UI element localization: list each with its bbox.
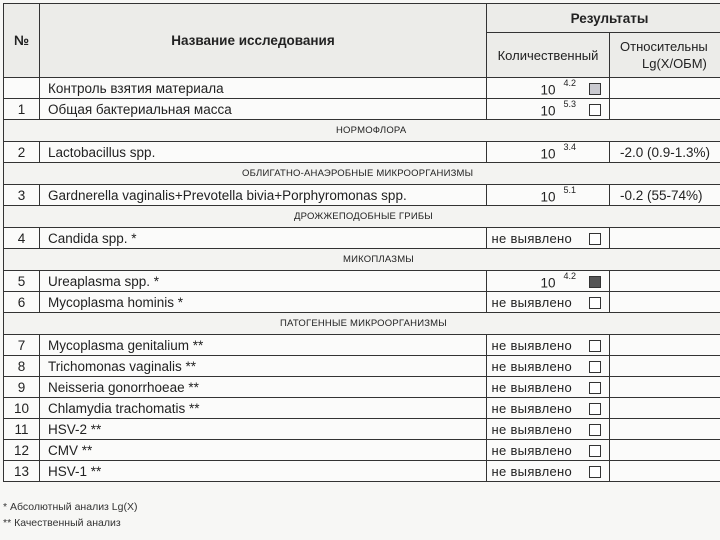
quantitative-cell: не выявлено	[487, 398, 610, 419]
quantitative-cell: не выявлено	[487, 228, 610, 249]
quantitative-cell: не выявлено	[487, 292, 610, 313]
table-row: 9Neisseria gonorrhoeae **не выявлено	[4, 377, 720, 398]
quantitative-cell: не выявлено	[487, 419, 610, 440]
row-number: 4	[4, 228, 40, 249]
quantitative-text: не выявлено	[492, 231, 572, 246]
quantitative-cell: 104.2	[487, 78, 610, 99]
result-checkbox[interactable]	[589, 382, 601, 394]
test-name: Candida spp. *	[40, 228, 487, 249]
quantitative-text: не выявлено	[492, 359, 572, 374]
relative-value	[610, 228, 720, 249]
column-header-results: Результаты	[487, 4, 720, 33]
exponent: 5.1	[563, 185, 576, 195]
quantitative-cell: не выявлено	[487, 335, 610, 356]
test-name: Neisseria gonorrhoeae **	[40, 377, 487, 398]
column-header-name: Название исследования	[40, 4, 487, 78]
result-checkbox[interactable]	[589, 297, 601, 309]
test-name: CMV **	[40, 440, 487, 461]
quantitative-text: не выявлено	[492, 443, 572, 458]
result-checkbox[interactable]	[589, 424, 601, 436]
quantitative-text: не выявлено	[492, 422, 572, 437]
table-row: 3Gardnerella vaginalis+Prevotella bivia+…	[4, 185, 720, 206]
section-label: ОБЛИГАТНО-АНАЭРОБНЫЕ МИКРООРГАНИЗМЫ	[242, 168, 473, 179]
quantitative-cell: не выявлено	[487, 461, 610, 482]
section-header: НОРМОФЛОРА	[4, 120, 720, 142]
relative-value	[610, 335, 720, 356]
row-number: 13	[4, 461, 40, 482]
quantitative-value: 104.2	[540, 274, 576, 291]
relative-value	[610, 78, 720, 99]
table-row: 6Mycoplasma hominis *не выявлено	[4, 292, 720, 313]
test-name: Mycoplasma genitalium **	[40, 335, 487, 356]
table-row: Контроль взятия материала104.2	[4, 78, 720, 99]
result-checkbox[interactable]	[589, 340, 601, 352]
table-row: 5Ureaplasma spp. *104.2	[4, 271, 720, 292]
table-row: 4Candida spp. *не выявлено	[4, 228, 720, 249]
section-label: ДРОЖЖЕПОДОБНЫЕ ГРИБЫ	[294, 211, 433, 222]
result-checkbox[interactable]	[589, 233, 601, 245]
section-header: ОБЛИГАТНО-АНАЭРОБНЫЕ МИКРООРГАНИЗМЫ	[4, 163, 720, 185]
quantitative-text: не выявлено	[492, 338, 572, 353]
table-row: 8Trichomonas vaginalis **не выявлено	[4, 356, 720, 377]
relative-value	[610, 292, 720, 313]
quantitative-value: 103.4	[540, 145, 576, 162]
quantitative-cell: 105.3	[487, 99, 610, 120]
result-checkbox[interactable]	[589, 276, 601, 288]
test-name: Gardnerella vaginalis+Prevotella bivia+P…	[40, 185, 487, 206]
row-number: 2	[4, 142, 40, 163]
relative-value	[610, 461, 720, 482]
test-name: Mycoplasma hominis *	[40, 292, 487, 313]
quantitative-cell: 104.2	[487, 271, 610, 292]
row-number: 12	[4, 440, 40, 461]
test-name: HSV-1 **	[40, 461, 487, 482]
column-header-relative: Относительны Lg(X/ОБМ)	[610, 33, 720, 78]
row-number: 11	[4, 419, 40, 440]
quantitative-cell: не выявлено	[487, 440, 610, 461]
table-row: 11HSV-2 **не выявлено	[4, 419, 720, 440]
quantitative-value: 105.3	[540, 102, 576, 119]
quantitative-cell: 103.4	[487, 142, 610, 163]
table-row: 7Mycoplasma genitalium **не выявлено	[4, 335, 720, 356]
result-checkbox[interactable]	[589, 361, 601, 373]
test-name: HSV-2 **	[40, 419, 487, 440]
footnote-qualitative: ** Качественный анализ	[3, 517, 121, 529]
quantitative-cell: не выявлено	[487, 356, 610, 377]
exponent: 4.2	[563, 78, 576, 88]
row-number: 7	[4, 335, 40, 356]
relative-value	[610, 99, 720, 120]
relative-value	[610, 440, 720, 461]
row-number: 5	[4, 271, 40, 292]
table-row: 1Общая бактериальная масса105.3	[4, 99, 720, 120]
quantitative-text: не выявлено	[492, 401, 572, 416]
test-name: Ureaplasma spp. *	[40, 271, 487, 292]
exponent: 4.2	[563, 271, 576, 281]
results-table: № Название исследования Результаты Колич…	[3, 3, 720, 482]
table-row: 13HSV-1 **не выявлено	[4, 461, 720, 482]
relative-value: -2.0 (0.9-1.3%)	[610, 142, 720, 163]
test-name: Trichomonas vaginalis **	[40, 356, 487, 377]
row-number: 1	[4, 99, 40, 120]
exponent: 5.3	[563, 99, 576, 109]
test-name: Контроль взятия материала	[40, 78, 487, 99]
result-checkbox[interactable]	[589, 83, 601, 95]
table-row: 10Chlamydia trachomatis **не выявлено	[4, 398, 720, 419]
relative-value	[610, 398, 720, 419]
row-number	[4, 78, 40, 99]
section-header: ПАТОГЕННЫЕ МИКРООРГАНИЗМЫ	[4, 313, 720, 335]
section-label: МИКОПЛАЗМЫ	[343, 254, 414, 265]
quantitative-text: не выявлено	[492, 380, 572, 395]
section-label: НОРМОФЛОРА	[336, 125, 406, 136]
result-checkbox[interactable]	[589, 104, 601, 116]
test-name: Общая бактериальная масса	[40, 99, 487, 120]
relative-value	[610, 419, 720, 440]
relative-formula: Lg(X/ОБМ)	[620, 55, 720, 72]
test-name: Chlamydia trachomatis **	[40, 398, 487, 419]
section-label: ПАТОГЕННЫЕ МИКРООРГАНИЗМЫ	[280, 318, 447, 329]
quantitative-cell: 105.1	[487, 185, 610, 206]
row-number: 6	[4, 292, 40, 313]
row-number: 3	[4, 185, 40, 206]
relative-value	[610, 271, 720, 292]
exponent: 3.4	[563, 142, 576, 152]
footnote-absolute: * Абсолютный анализ Lg(X)	[3, 501, 137, 513]
result-checkbox[interactable]	[589, 466, 601, 478]
row-number: 10	[4, 398, 40, 419]
row-number: 8	[4, 356, 40, 377]
result-checkbox[interactable]	[589, 403, 601, 415]
quantitative-value: 104.2	[540, 81, 576, 98]
quantitative-cell: не выявлено	[487, 377, 610, 398]
table-row: 2Lactobacillus spp.103.4-2.0 (0.9-1.3%)	[4, 142, 720, 163]
relative-value	[610, 356, 720, 377]
row-number: 9	[4, 377, 40, 398]
table-body: Контроль взятия материала104.21Общая бак…	[4, 78, 720, 482]
relative-label: Относительны	[620, 38, 720, 55]
relative-value	[610, 377, 720, 398]
test-name: Lactobacillus spp.	[40, 142, 487, 163]
section-header: ДРОЖЖЕПОДОБНЫЕ ГРИБЫ	[4, 206, 720, 228]
quantitative-text: не выявлено	[492, 464, 572, 479]
result-checkbox[interactable]	[589, 445, 601, 457]
relative-value: -0.2 (55-74%)	[610, 185, 720, 206]
section-header: МИКОПЛАЗМЫ	[4, 249, 720, 271]
column-header-number: №	[4, 4, 40, 78]
column-header-quantitative: Количественный	[487, 33, 610, 78]
table-row: 12CMV **не выявлено	[4, 440, 720, 461]
quantitative-text: не выявлено	[492, 295, 572, 310]
quantitative-value: 105.1	[540, 188, 576, 205]
